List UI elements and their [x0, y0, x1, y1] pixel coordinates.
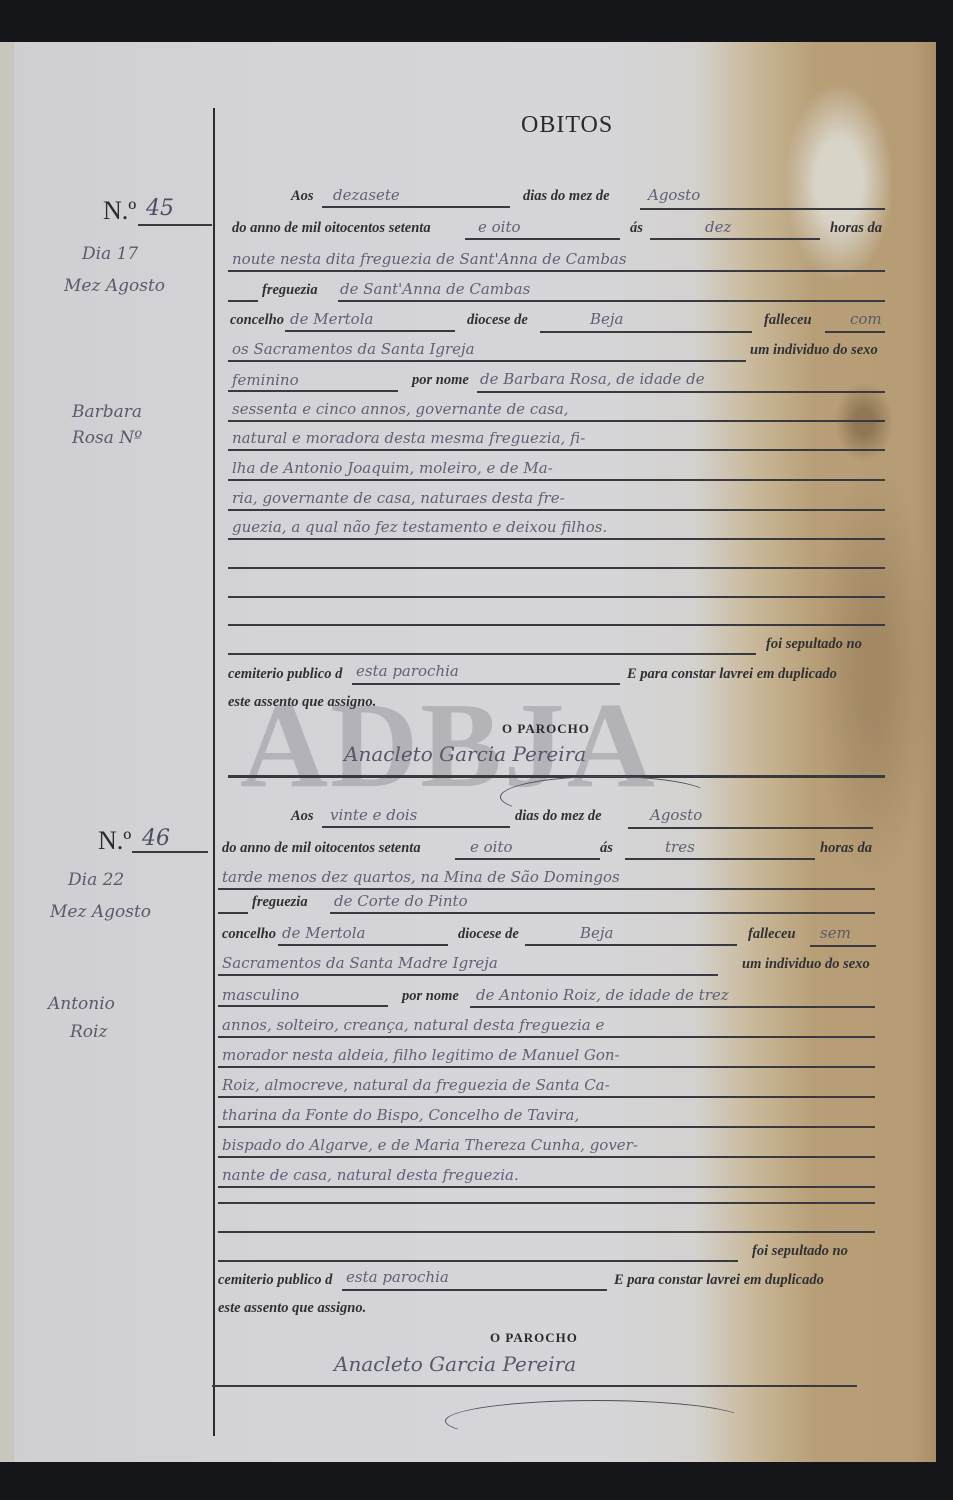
field-line — [470, 1006, 875, 1008]
margin-name-first: Barbara — [72, 402, 142, 422]
field-line — [228, 509, 885, 511]
label-sepultado: foi sepultado no — [766, 636, 862, 653]
field-line — [322, 206, 510, 208]
field-line — [218, 1005, 388, 1007]
body-line: guezia, a qual não fez testamento e deix… — [232, 518, 607, 536]
field-line — [218, 974, 718, 976]
label-cemiterio: cemiterio publico d — [218, 1272, 332, 1289]
field-line — [640, 208, 885, 210]
label-falleceu: falleceu — [764, 312, 812, 329]
field-line — [285, 330, 455, 332]
label-horas-da: horas da — [820, 840, 872, 857]
entry-number: 46 — [142, 826, 170, 851]
label-freguezia: freguezia — [262, 282, 318, 299]
margin-name-first: Antonio — [48, 994, 115, 1014]
label-concelho: concelho — [230, 312, 284, 329]
label-as: ás — [600, 840, 613, 857]
signature-flourish — [445, 1400, 747, 1442]
field-cemiterio: esta parochia — [346, 1268, 449, 1286]
label-dias-do-mez: dias do mez de — [523, 188, 610, 205]
label-constar: E para constar lavrei em duplicado — [614, 1272, 824, 1289]
label-concelho: concelho — [222, 926, 276, 943]
field-line — [540, 331, 752, 333]
label-freguezia: freguezia — [252, 894, 308, 911]
blank-line — [218, 1231, 875, 1233]
field-line — [525, 944, 737, 946]
field-line — [218, 1156, 875, 1158]
body-line: annos, solteiro, creança, natural desta … — [222, 1016, 604, 1034]
field-hour: dez — [705, 218, 731, 236]
field-sexo: feminino — [232, 371, 299, 389]
field-line — [477, 391, 885, 393]
margin-name-last: Rosa Nº — [72, 428, 142, 448]
field-line — [218, 1260, 738, 1262]
label-do-anno: do anno de mil oitocentos setenta — [222, 840, 421, 857]
field-sacramentos: os Sacramentos da Santa Igreja — [232, 340, 475, 358]
field-falleceu: sem — [820, 924, 851, 942]
body-line: Roiz, almocreve, natural da freguezia de… — [222, 1076, 610, 1094]
field-line — [228, 300, 258, 302]
field-line — [228, 390, 398, 392]
margin-name-last: Roiz — [70, 1022, 107, 1042]
field-line — [278, 944, 448, 946]
margin-divider — [213, 108, 215, 1436]
body-line: sessenta e cinco annos, governante de ca… — [232, 400, 569, 418]
label-do-anno: do anno de mil oitocentos setenta — [232, 220, 431, 237]
field-line — [228, 360, 746, 362]
field-line — [330, 912, 875, 914]
field-concelho: de Mertola — [290, 310, 373, 328]
label-por-nome: por nome — [412, 372, 469, 389]
field-freguezia: de Sant'Anna de Cambas — [340, 280, 530, 298]
field-line — [218, 1066, 875, 1068]
page-title: OBITOS — [521, 112, 613, 139]
number-underline — [138, 224, 212, 226]
entry-end-line — [212, 1385, 857, 1387]
field-name: de Barbara Rosa, de idade de — [480, 370, 705, 388]
field-line — [228, 449, 885, 451]
field-cemiterio: esta parochia — [356, 662, 459, 680]
field-line — [650, 238, 820, 240]
field-continuation: tarde menos dez quartos, na Mina de São … — [222, 868, 620, 886]
field-line — [322, 826, 510, 828]
field-line — [218, 1096, 875, 1098]
field-year: e oito — [470, 838, 513, 856]
field-line — [228, 479, 885, 481]
blank-line — [228, 567, 885, 569]
entry-number: 45 — [146, 196, 174, 221]
field-diocese: Beja — [580, 924, 614, 942]
field-continuation: noute nesta dita freguezia de Sant'Anna … — [232, 250, 627, 268]
blank-line — [228, 624, 885, 626]
label-individuo: um individuo do sexo — [750, 342, 878, 359]
field-line — [218, 888, 875, 890]
body-line: nante de casa, natural desta freguezia. — [222, 1166, 519, 1184]
field-line — [228, 653, 756, 655]
field-line — [218, 1186, 875, 1188]
label-aos: Aos — [291, 188, 314, 205]
field-month: Agosto — [648, 186, 700, 204]
margin-date-day: Dia 22 — [68, 870, 124, 890]
field-line — [218, 1036, 875, 1038]
field-line — [625, 858, 815, 860]
label-individuo: um individuo do sexo — [742, 956, 870, 973]
label-aos: Aos — [291, 808, 314, 825]
body-line: ria, governante de casa, naturaes desta … — [232, 489, 565, 507]
field-line — [810, 945, 876, 947]
field-line — [465, 238, 620, 240]
field-month: Agosto — [650, 806, 702, 824]
body-line: tharina da Fonte do Bispo, Concelho de T… — [222, 1106, 579, 1124]
label-constar: E para constar lavrei em duplicado — [627, 666, 837, 683]
blank-line — [218, 1202, 875, 1204]
parocho-signature: Anacleto Garcia Pereira — [344, 742, 586, 766]
label-sepultado: foi sepultado no — [752, 1243, 848, 1260]
body-line: bispado do Algarve, e de Maria Thereza C… — [222, 1136, 638, 1154]
label-assento: este assento que assigno. — [218, 1300, 366, 1317]
label-falleceu: falleceu — [748, 926, 796, 943]
body-line: lha de Antonio Joaquim, moleiro, e de Ma… — [232, 459, 553, 477]
parocho-label: O PAROCHO — [502, 721, 590, 737]
parocho-label: O PAROCHO — [490, 1330, 578, 1346]
body-line: natural e moradora desta mesma freguezia… — [232, 429, 585, 447]
margin-date-month: Mez Agosto — [64, 276, 165, 296]
body-line: morador nesta aldeia, filho legitimo de … — [222, 1046, 620, 1064]
margin-date-day: Dia 17 — [82, 244, 138, 264]
entry-number-label: N.º — [103, 196, 136, 226]
field-line — [228, 538, 885, 540]
label-diocese: diocese de — [467, 312, 528, 329]
field-day: dezasete — [333, 186, 400, 204]
margin-date-month: Mez Agosto — [50, 902, 151, 922]
field-concelho: de Mertola — [282, 924, 365, 942]
field-line — [228, 270, 885, 272]
field-year: e oito — [478, 218, 521, 236]
field-diocese: Beja — [590, 310, 624, 328]
field-line — [342, 1289, 607, 1291]
field-freguezia: de Corte do Pinto — [334, 892, 468, 910]
field-line — [338, 300, 885, 302]
label-assento: este assento que assigno. — [228, 694, 376, 711]
label-cemiterio: cemiterio publico d — [228, 666, 342, 683]
field-sacramentos: Sacramentos da Santa Madre Igreja — [222, 954, 498, 972]
water-stain — [784, 82, 894, 282]
field-falleceu: com — [850, 310, 882, 328]
field-line — [455, 858, 600, 860]
label-dias-do-mez: dias do mez de — [515, 808, 602, 825]
label-as: ás — [630, 220, 643, 237]
field-line — [218, 912, 248, 914]
field-line — [218, 1126, 875, 1128]
field-line — [628, 827, 873, 829]
parocho-signature: Anacleto Garcia Pereira — [334, 1352, 576, 1376]
label-diocese: diocese de — [458, 926, 519, 943]
entry-end-line — [228, 775, 885, 778]
field-line — [825, 331, 885, 333]
blank-line — [228, 596, 885, 598]
field-name: de Antonio Roiz, de idade de trez — [476, 986, 729, 1004]
entry-number-label: N.º — [98, 826, 131, 856]
number-underline — [132, 851, 208, 853]
field-day: vinte e dois — [330, 806, 417, 824]
field-sexo: masculino — [222, 986, 299, 1004]
field-line — [228, 420, 885, 422]
field-line — [352, 683, 620, 685]
label-por-nome: por nome — [402, 988, 459, 1005]
label-horas-da: horas da — [830, 220, 882, 237]
field-hour: tres — [665, 838, 695, 856]
